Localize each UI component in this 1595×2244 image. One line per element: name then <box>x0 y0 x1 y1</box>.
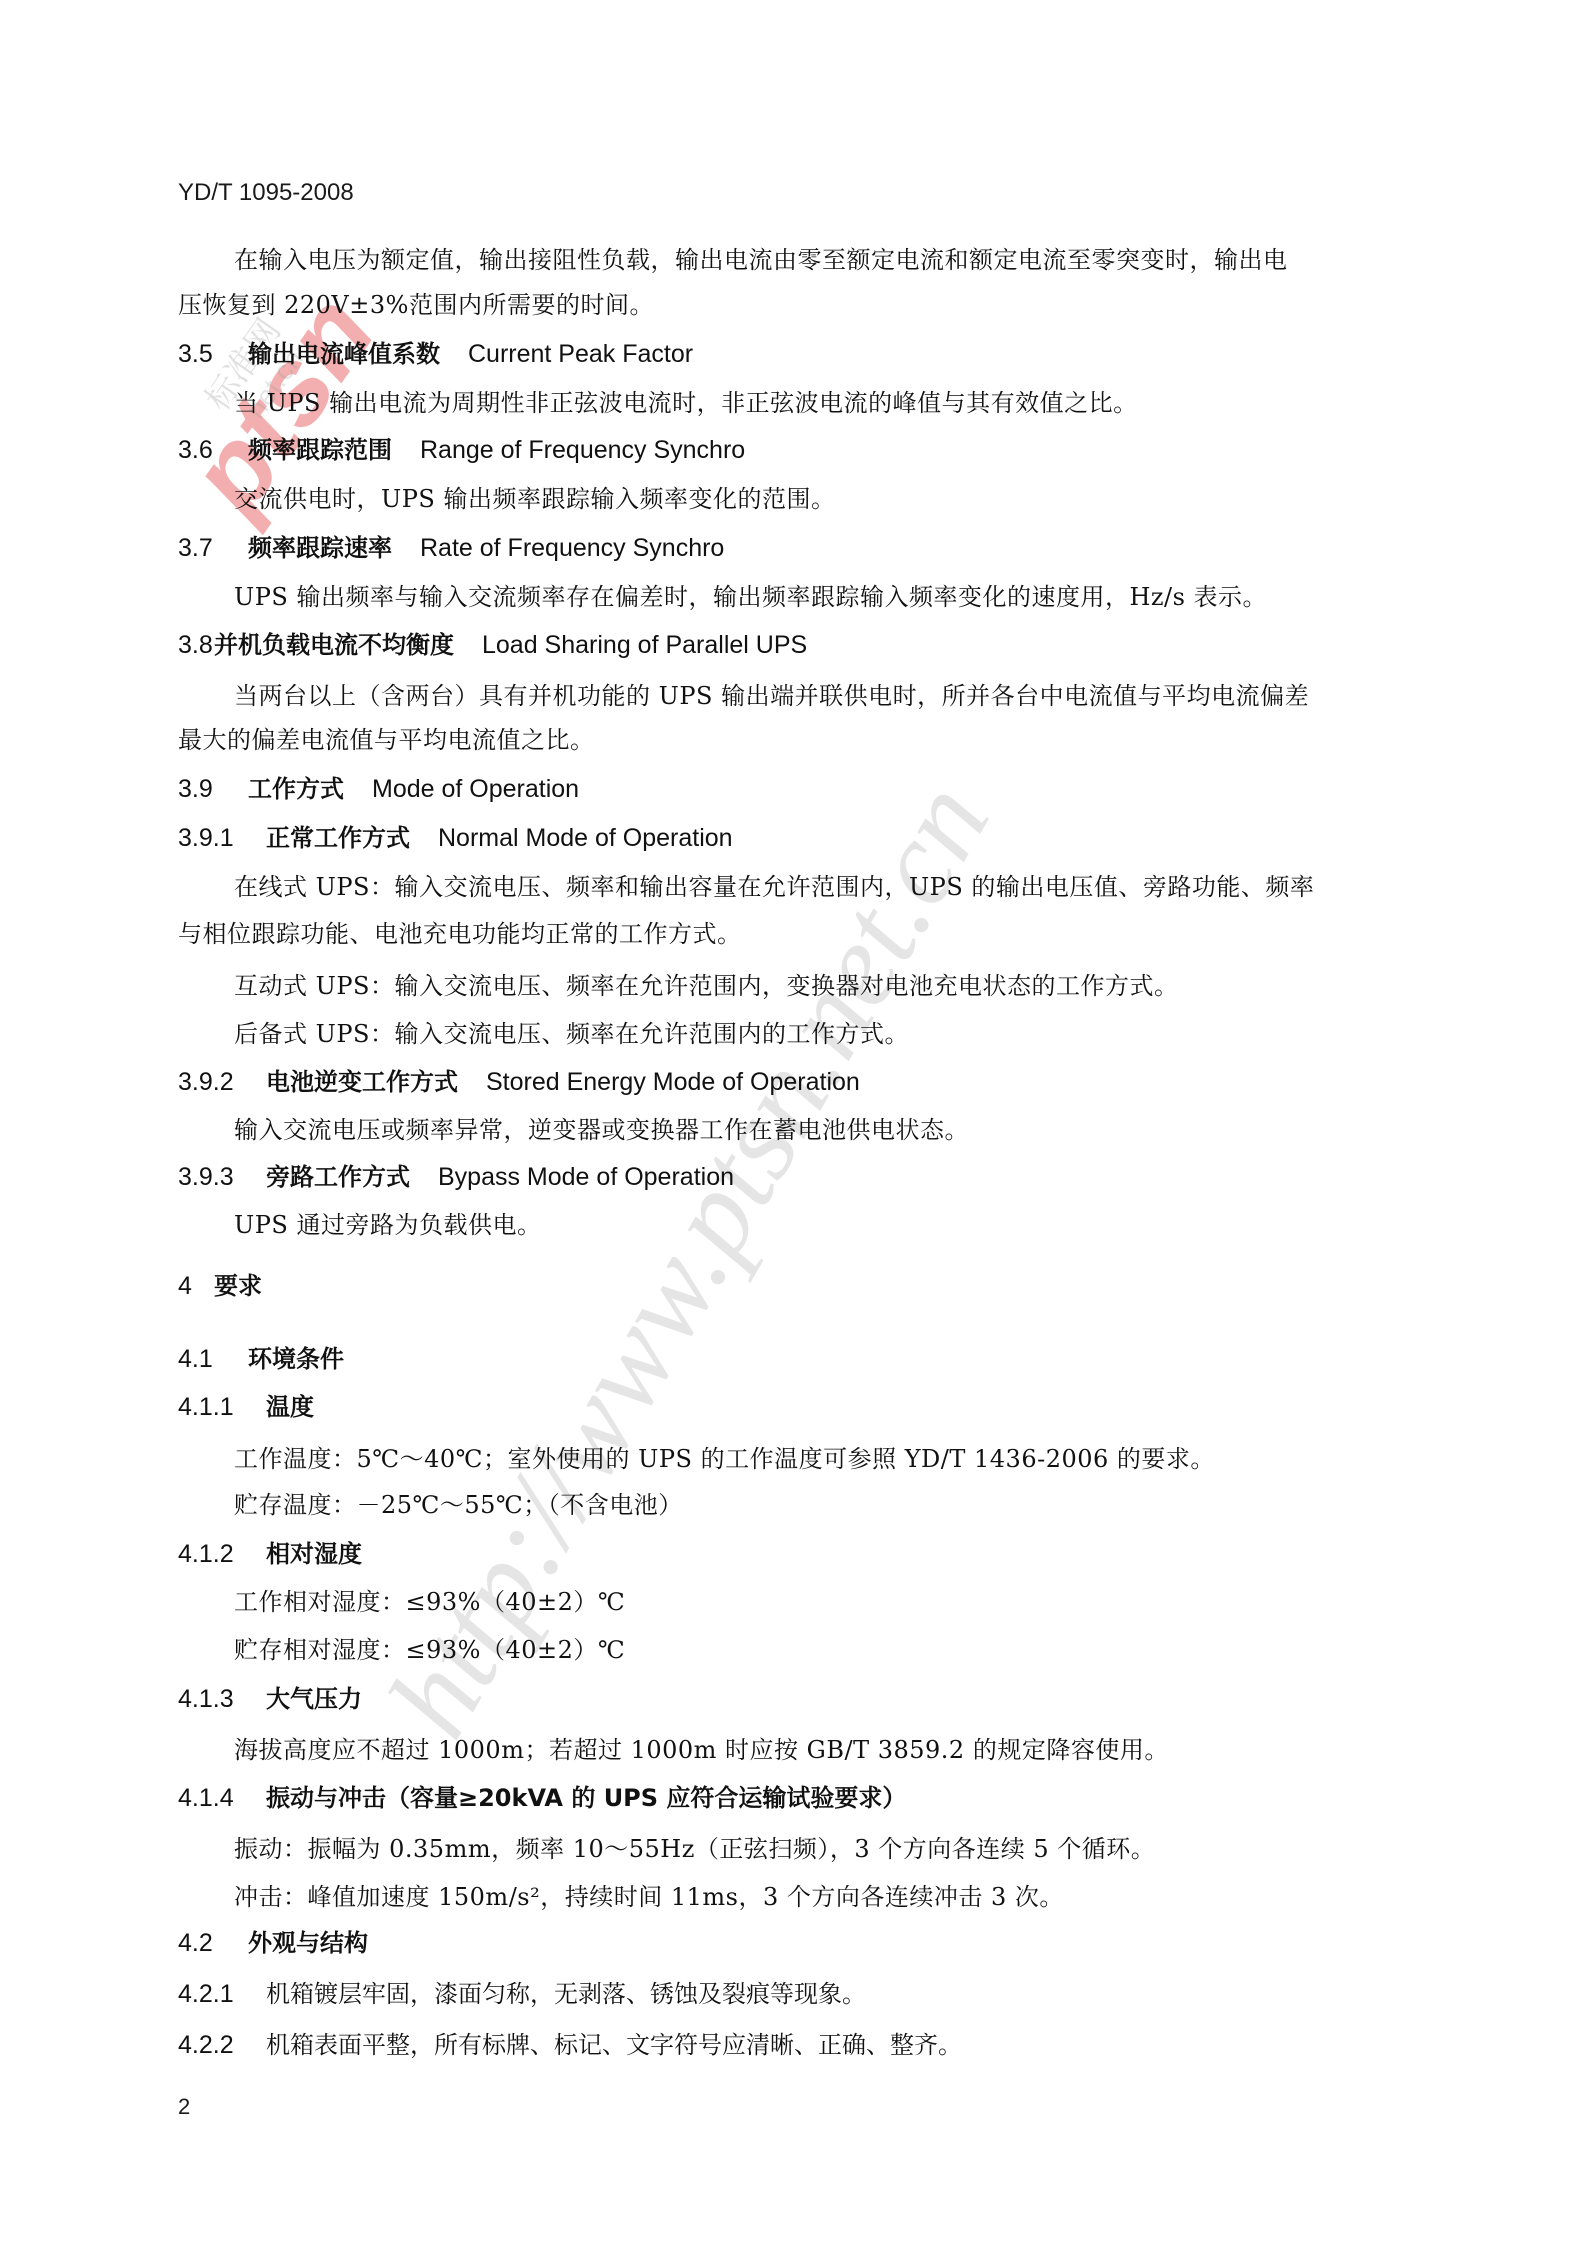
section-title-zh: 机箱表面平整，所有标牌、标记、文字符号应清晰、正确、整齐。 <box>266 2031 962 2059</box>
section-number: 4.1.2 <box>178 1537 266 1571</box>
section-title-zh: 旁路工作方式 <box>266 1163 410 1191</box>
paragraph-line: 贮存相对湿度：≤93%（40±2）℃ <box>234 1633 625 1667</box>
paragraph-line: 当 UPS 输出电流为周期性非正弦波电流时，非正弦波电流的峰值与其有效值之比。 <box>234 386 1138 420</box>
section-title-en: Normal Mode of Operation <box>438 824 733 852</box>
section-heading: 4.1.3大气压力 <box>178 1682 362 1716</box>
section-title-zh: 并机负载电流不均衡度 <box>214 631 454 659</box>
section-title-zh: 环境条件 <box>248 1345 344 1373</box>
section-title-zh: 外观与结构 <box>248 1929 368 1957</box>
section-heading: 4要求 <box>178 1269 262 1303</box>
section-number: 3.6 <box>178 433 248 467</box>
section-title-en: Current Peak Factor <box>468 340 693 368</box>
section-number: 4 <box>178 1269 214 1303</box>
section-heading: 3.9.1正常工作方式Normal Mode of Operation <box>178 821 733 855</box>
section-heading: 3.9.2电池逆变工作方式Stored Energy Mode of Opera… <box>178 1065 860 1099</box>
paragraph-line: 当两台以上（含两台）具有并机功能的 UPS 输出端并联供电时，所并各台中电流值与… <box>234 679 1309 713</box>
section-number: 4.1.1 <box>178 1390 266 1424</box>
paragraph-line: 与相位跟踪功能、电池充电功能均正常的工作方式。 <box>178 917 742 951</box>
paragraph-line: 输入交流电压或频率异常，逆变器或变换器工作在蓄电池供电状态。 <box>234 1113 969 1147</box>
section-number: 3.9.1 <box>178 821 266 855</box>
section-title-zh: 相对湿度 <box>266 1540 362 1568</box>
section-title-en: Stored Energy Mode of Operation <box>486 1068 860 1096</box>
section-title-en: Bypass Mode of Operation <box>438 1163 734 1191</box>
section-title-zh: 频率跟踪速率 <box>248 534 392 562</box>
section-title-en: Load Sharing of Parallel UPS <box>482 631 807 659</box>
section-heading: 3.6频率跟踪范围Range of Frequency Synchro <box>178 433 745 467</box>
paragraph-line: 在线式 UPS：输入交流电压、频率和输出容量在允许范围内，UPS 的输出电压值、… <box>234 870 1314 904</box>
section-number: 4.2.2 <box>178 2028 266 2062</box>
paragraph-line: 冲击：峰值加速度 150m/s²，持续时间 11ms，3 个方向各连续冲击 3 … <box>234 1880 1064 1914</box>
section-title-zh: 振动与冲击（容量≥20kVA 的 UPS 应符合运输试验要求） <box>266 1784 906 1812</box>
section-heading: 4.2.1机箱镀层牢固，漆面匀称，无剥落、锈蚀及裂痕等现象。 <box>178 1977 866 2011</box>
paragraph-line: UPS 通过旁路为负载供电。 <box>234 1208 541 1242</box>
section-title-en: Mode of Operation <box>372 775 579 803</box>
section-number: 3.9.2 <box>178 1065 266 1099</box>
paragraph-line: 压恢复到 220V±3%范围内所需要的时间。 <box>178 288 654 322</box>
section-title-zh: 温度 <box>266 1393 314 1421</box>
section-heading: 3.9.3旁路工作方式Bypass Mode of Operation <box>178 1160 734 1194</box>
section-title-zh: 要求 <box>214 1272 262 1300</box>
section-heading: 3.8并机负载电流不均衡度Load Sharing of Parallel UP… <box>178 628 807 662</box>
section-heading: 4.1.4振动与冲击（容量≥20kVA 的 UPS 应符合运输试验要求） <box>178 1781 906 1815</box>
section-number: 4.2 <box>178 1926 248 1960</box>
section-number: 4.1.4 <box>178 1781 266 1815</box>
paragraph-line: 互动式 UPS：输入交流电压、频率在允许范围内，变换器对电池充电状态的工作方式。 <box>234 969 1178 1003</box>
section-number: 3.5 <box>178 337 248 371</box>
paragraph-line: 交流供电时，UPS 输出频率跟踪输入频率变化的范围。 <box>234 482 835 516</box>
section-title-en: Rate of Frequency Synchro <box>420 534 724 562</box>
paragraph-line: 在输入电压为额定值，输出接阻性负载，输出电流由零至额定电流和额定电流至零突变时，… <box>234 243 1288 277</box>
section-number: 4.1.3 <box>178 1682 266 1716</box>
section-heading: 4.1.1温度 <box>178 1390 314 1424</box>
paragraph-line: 后备式 UPS：输入交流电压、频率在允许范围内的工作方式。 <box>234 1017 909 1051</box>
section-number: 3.9.3 <box>178 1160 266 1194</box>
section-title-en: Range of Frequency Synchro <box>420 436 745 464</box>
section-title-zh: 大气压力 <box>266 1685 362 1713</box>
section-title-zh: 输出电流峰值系数 <box>248 340 440 368</box>
section-heading: 4.2外观与结构 <box>178 1926 368 1960</box>
paragraph-line: 振动：振幅为 0.35mm，频率 10～55Hz（正弦扫频），3 个方向各连续 … <box>234 1832 1155 1866</box>
section-title-zh: 正常工作方式 <box>266 824 410 852</box>
paragraph-line: UPS 输出频率与输入交流频率存在偏差时，输出频率跟踪输入频率变化的速度用，Hz… <box>234 580 1267 614</box>
section-number: 4.2.1 <box>178 1977 266 2011</box>
section-heading: 4.1环境条件 <box>178 1342 344 1376</box>
section-heading: 4.1.2相对湿度 <box>178 1537 362 1571</box>
paragraph-line: 贮存温度：－25℃～55℃；（不含电池） <box>234 1488 683 1522</box>
section-title-zh: 电池逆变工作方式 <box>266 1068 458 1096</box>
section-number: 3.9 <box>178 772 248 806</box>
section-heading: 3.7频率跟踪速率Rate of Frequency Synchro <box>178 531 724 565</box>
section-number: 3.7 <box>178 531 248 565</box>
section-heading: 3.9工作方式Mode of Operation <box>178 772 579 806</box>
page-number: 2 <box>178 2090 190 2124</box>
document-number-header: YD/T 1095-2008 <box>178 176 354 210</box>
section-title-zh: 工作方式 <box>248 775 344 803</box>
section-heading: 3.5输出电流峰值系数Current Peak Factor <box>178 337 693 371</box>
section-heading: 4.2.2机箱表面平整，所有标牌、标记、文字符号应清晰、正确、整齐。 <box>178 2028 962 2062</box>
section-number: 3.8 <box>178 628 214 662</box>
paragraph-line: 最大的偏差电流值与平均电流值之比。 <box>178 723 595 757</box>
section-title-zh: 频率跟踪范围 <box>248 436 392 464</box>
paragraph-line: 海拔高度应不超过 1000m；若超过 1000m 时应按 GB/T 3859.2… <box>234 1733 1169 1767</box>
paragraph-line: 工作相对湿度：≤93%（40±2）℃ <box>234 1585 625 1619</box>
section-title-zh: 机箱镀层牢固，漆面匀称，无剥落、锈蚀及裂痕等现象。 <box>266 1980 866 2008</box>
section-number: 4.1 <box>178 1342 248 1376</box>
paragraph-line: 工作温度：5℃～40℃；室外使用的 UPS 的工作温度可参照 YD/T 1436… <box>234 1442 1215 1476</box>
